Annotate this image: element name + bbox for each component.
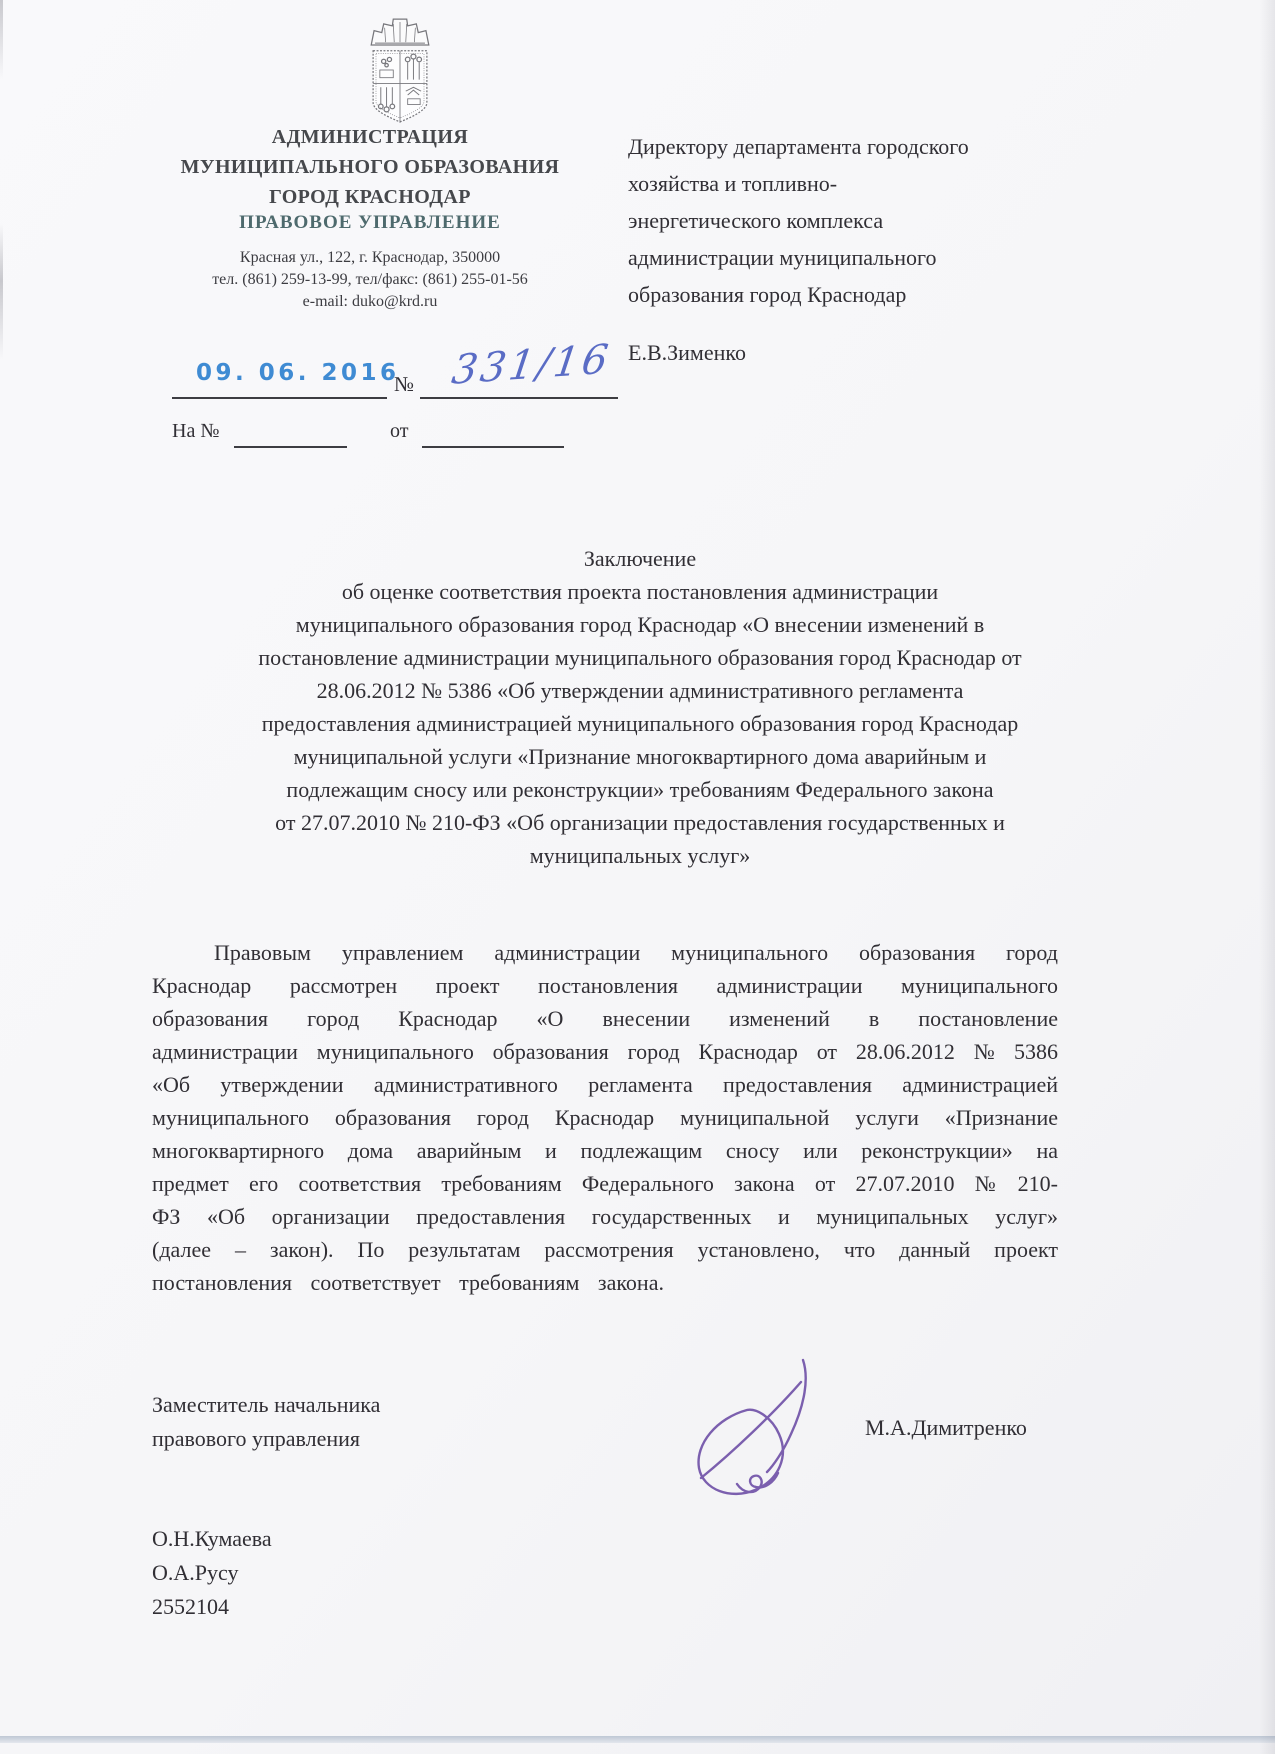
handwritten-outgoing-number: 331/16 [449, 336, 614, 394]
org-name-line3: ГОРОД КРАСНОДАР [120, 182, 620, 212]
krasnodar-coat-of-arms-icon [352, 14, 448, 126]
incoming-date-underline [422, 446, 564, 448]
letterhead-contacts: Красная ул., 122, г. Краснодар, 350000 т… [120, 247, 620, 313]
letterhead-department: ПРАВОВОЕ УПРАВЛЕНИЕ [120, 212, 620, 234]
executor-phone: 2552104 [152, 1590, 272, 1624]
scan-left-edge-artifact [0, 0, 3, 360]
letterhead-phone: тел. (861) 259-13-99, тел/факс: (861) 25… [120, 269, 620, 291]
number-underline [420, 397, 618, 399]
body-paragraph: Правовым управлением администрации муниц… [152, 936, 1058, 1299]
letterhead-org-name: АДМИНИСТРАЦИЯ МУНИЦИПАЛЬНОГО ОБРАЗОВАНИЯ… [120, 122, 620, 212]
incoming-number-underline [234, 446, 347, 448]
signer-position: Заместитель начальника правового управле… [152, 1388, 380, 1456]
number-sign-label: № [394, 372, 414, 397]
signer-name: М.А.Димитренко [865, 1415, 1027, 1441]
executor-name-2: О.А.Русу [152, 1556, 272, 1590]
handwritten-signature [685, 1356, 843, 1516]
document-title-block: Заключение об оценке соответствия проект… [145, 542, 1135, 872]
letterhead-address: Красная ул., 122, г. Краснодар, 350000 [120, 247, 620, 269]
org-name-line1: АДМИНИСТРАЦИЯ [120, 122, 620, 152]
executor-name-1: О.Н.Кумаева [152, 1522, 272, 1556]
date-stamp: 09. 06. 2016 [196, 360, 400, 386]
recipient-address: Директору департамента городского хозяйс… [628, 128, 1068, 313]
scanned-letter-page: АДМИНИСТРАЦИЯ МУНИЦИПАЛЬНОГО ОБРАЗОВАНИЯ… [0, 0, 1275, 1754]
letterhead-email: e-mail: duko@krd.ru [120, 291, 620, 313]
org-name-line2: МУНИЦИПАЛЬНОГО ОБРАЗОВАНИЯ [120, 152, 620, 182]
document-subtitle: об оценке соответствия проекта постановл… [145, 575, 1135, 872]
incoming-number-label: На № [172, 420, 219, 443]
document-title: Заключение [145, 542, 1135, 575]
date-underline [172, 397, 387, 399]
recipient-name: Е.В.Зименко [628, 340, 746, 366]
executors-block: О.Н.Кумаева О.А.Русу 2552104 [152, 1522, 272, 1624]
incoming-date-label: от [390, 420, 408, 443]
scan-bottom-edge-artifact [0, 1736, 1275, 1743]
